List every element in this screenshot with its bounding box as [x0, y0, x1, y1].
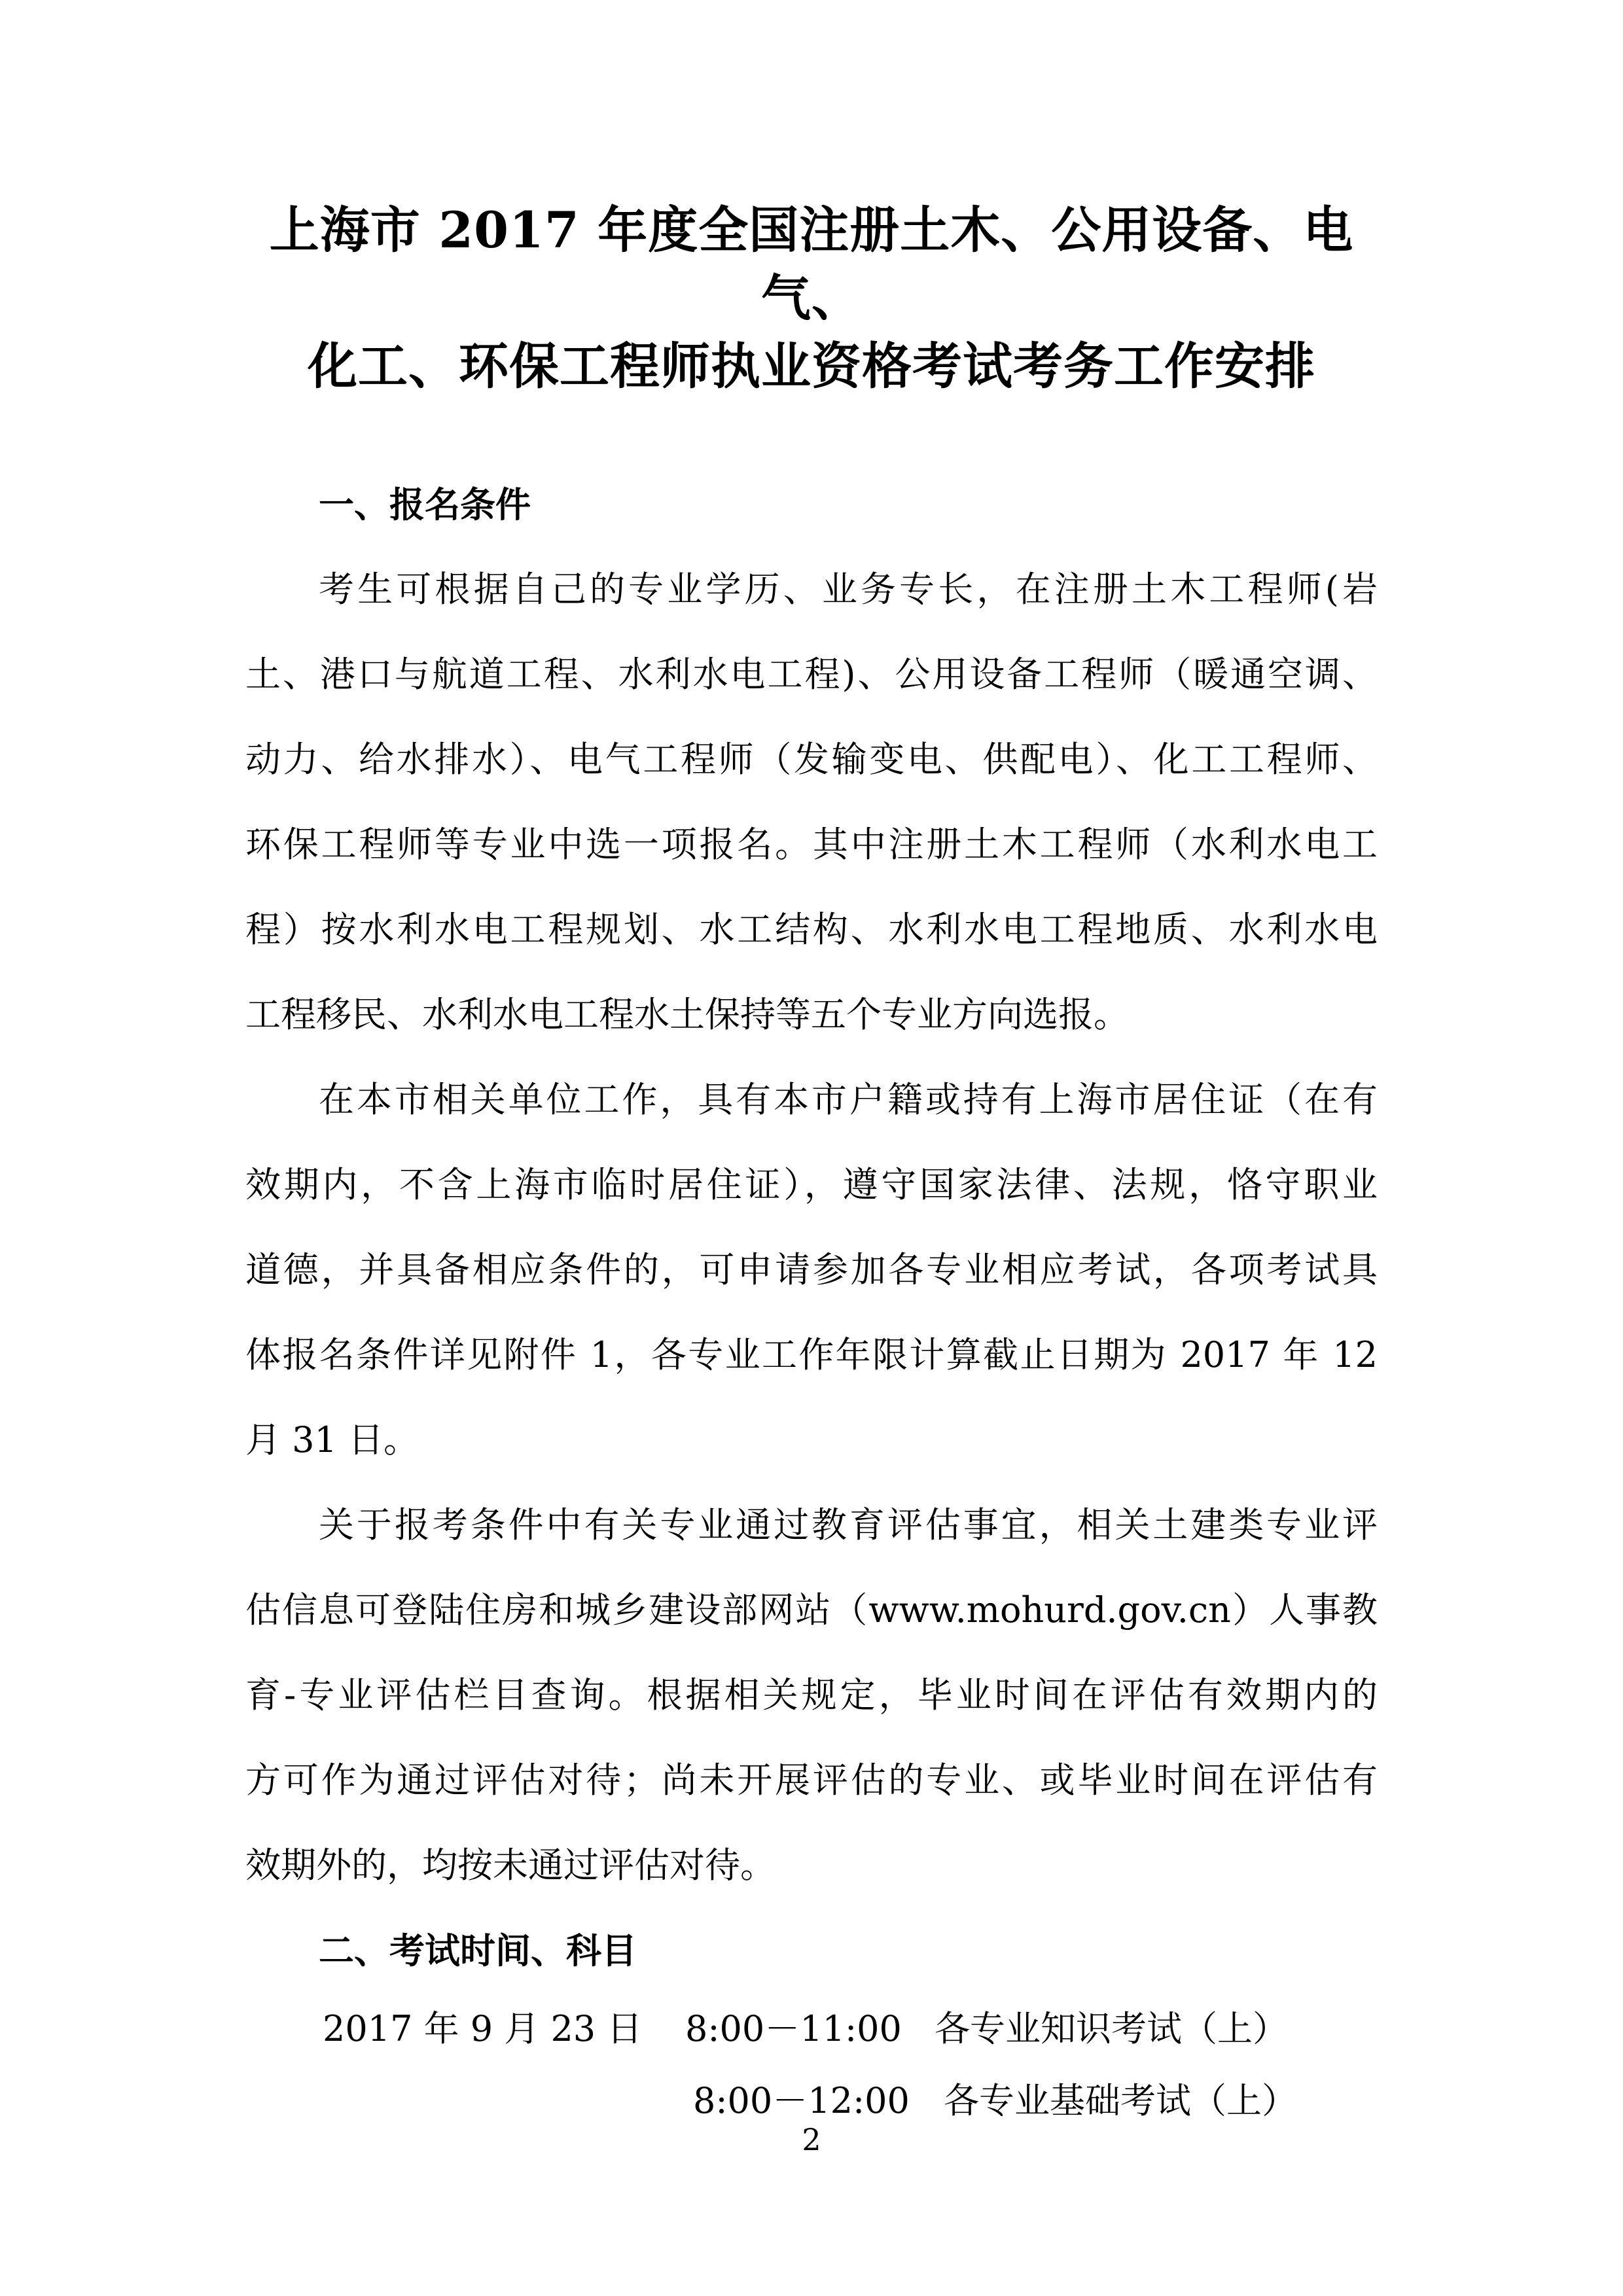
document-page: 上海市 2017 年度全国注册土木、公用设备、电气、 化工、环保工程师执业资格考… [0, 0, 1623, 2296]
title-line-1: 上海市 2017 年度全国注册土木、公用设备、电气、 [245, 196, 1378, 332]
paragraph-2-line-2: 效期内，不含上海市临时居住证），遵守国家法律、法规，恪守职业 [245, 1142, 1378, 1227]
paragraph-1-line-2: 土、港口与航道工程、水利水电工程)、公用设备工程师（暖通空调、 [245, 632, 1378, 717]
paragraph-3-line-5: 效期外的，均按未通过评估对待。 [245, 1823, 1378, 1908]
paragraph-1-line-1: 考生可根据自己的专业学历、业务专长，在注册土木工程师(岩 [245, 547, 1378, 632]
title-line-2: 化工、环保工程师执业资格考试考务工作安排 [245, 332, 1378, 400]
document-title: 上海市 2017 年度全国注册土木、公用设备、电气、 化工、环保工程师执业资格考… [245, 196, 1378, 400]
paragraph-2-line-5: 月 31 日。 [245, 1398, 1378, 1483]
paragraph-3-line-2: 估信息可登陆住房和城乡建设部网站（www.mohurd.gov.cn）人事教 [245, 1568, 1378, 1653]
exam-schedule-row-1: 2017 年 9 月 23 日8:00－11:00各专业知识考试（上） [245, 1993, 1378, 2065]
section-1-heading: 一、报名条件 [245, 462, 1378, 547]
section-2-heading: 二、考试时间、科目 [245, 1908, 1378, 1993]
paragraph-3-line-4: 方可作为通过评估对待；尚未开展评估的专业、或毕业时间在评估有 [245, 1738, 1378, 1823]
paragraph-2-line-1: 在本市相关单位工作，具有本市户籍或持有上海市居住证（在有 [245, 1057, 1378, 1142]
paragraph-2-line-3: 道德，并具备相应条件的，可申请参加各专业相应考试，各项考试具 [245, 1227, 1378, 1313]
paragraph-2-line-4: 体报名条件详见附件 1，各专业工作年限计算截止日期为 2017 年 12 [245, 1313, 1378, 1398]
exam-subject-1: 各专业知识考试（上） [935, 2008, 1288, 2049]
page-number: 2 [0, 2120, 1623, 2159]
paragraph-3-line-3: 育-专业评估栏目查询。根据相关规定，毕业时间在评估有效期内的 [245, 1653, 1378, 1738]
paragraph-3-line-1: 关于报考条件中有关专业通过教育评估事宜，相关土建类专业评 [245, 1483, 1378, 1568]
paragraph-1-line-5: 程）按水利水电工程规划、水工结构、水利水电工程地质、水利水电 [245, 887, 1378, 972]
paragraph-1-line-4: 环保工程师等专业中选一项报名。其中注册土木工程师（水利水电工 [245, 802, 1378, 887]
exam-time-1: 8:00－11:00 [685, 1993, 935, 2065]
paragraph-1-line-6: 工程移民、水利水电工程水土保持等五个专业方向选报。 [245, 972, 1378, 1057]
exam-date: 2017 年 9 月 23 日 [323, 1993, 685, 2065]
exam-subject-2: 各专业基础考试（上） [944, 2080, 1297, 2121]
paragraph-1-line-3: 动力、给水排水）、电气工程师（发输变电、供配电）、化工工程师、 [245, 717, 1378, 802]
